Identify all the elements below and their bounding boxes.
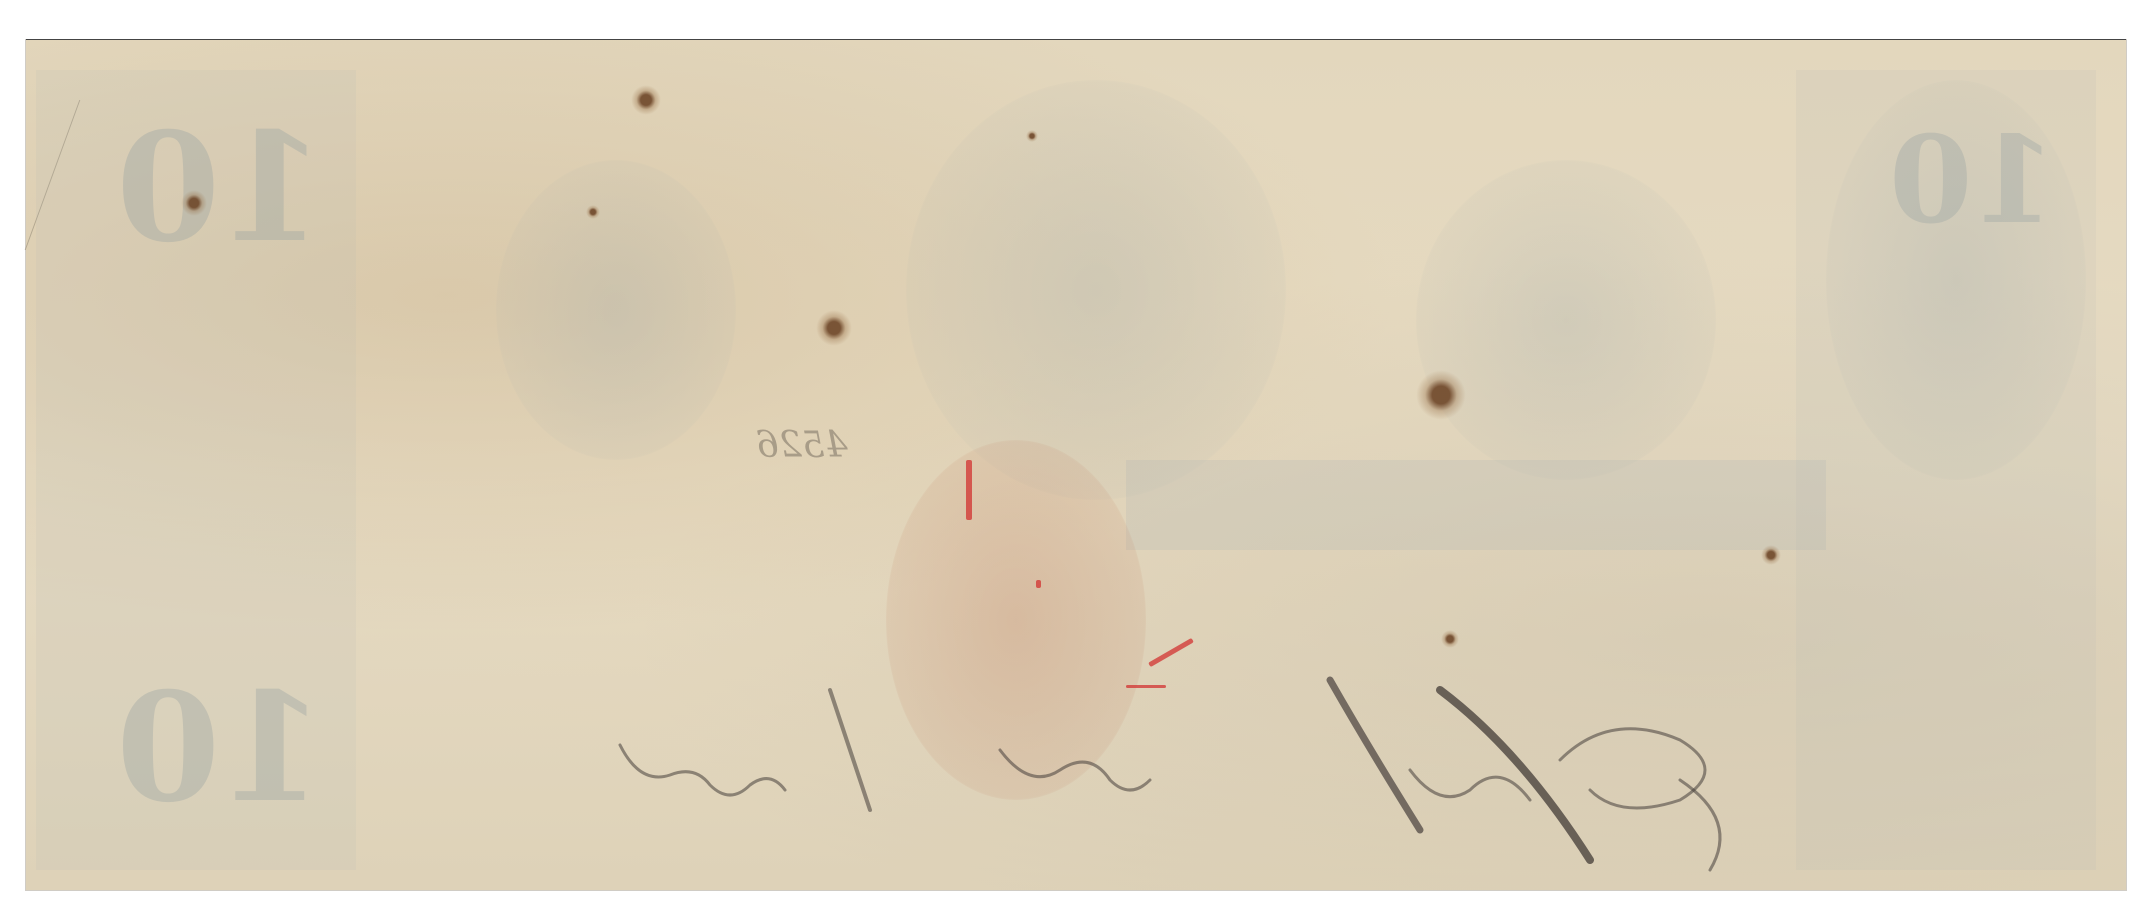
signature-bleed	[0, 0, 2146, 906]
